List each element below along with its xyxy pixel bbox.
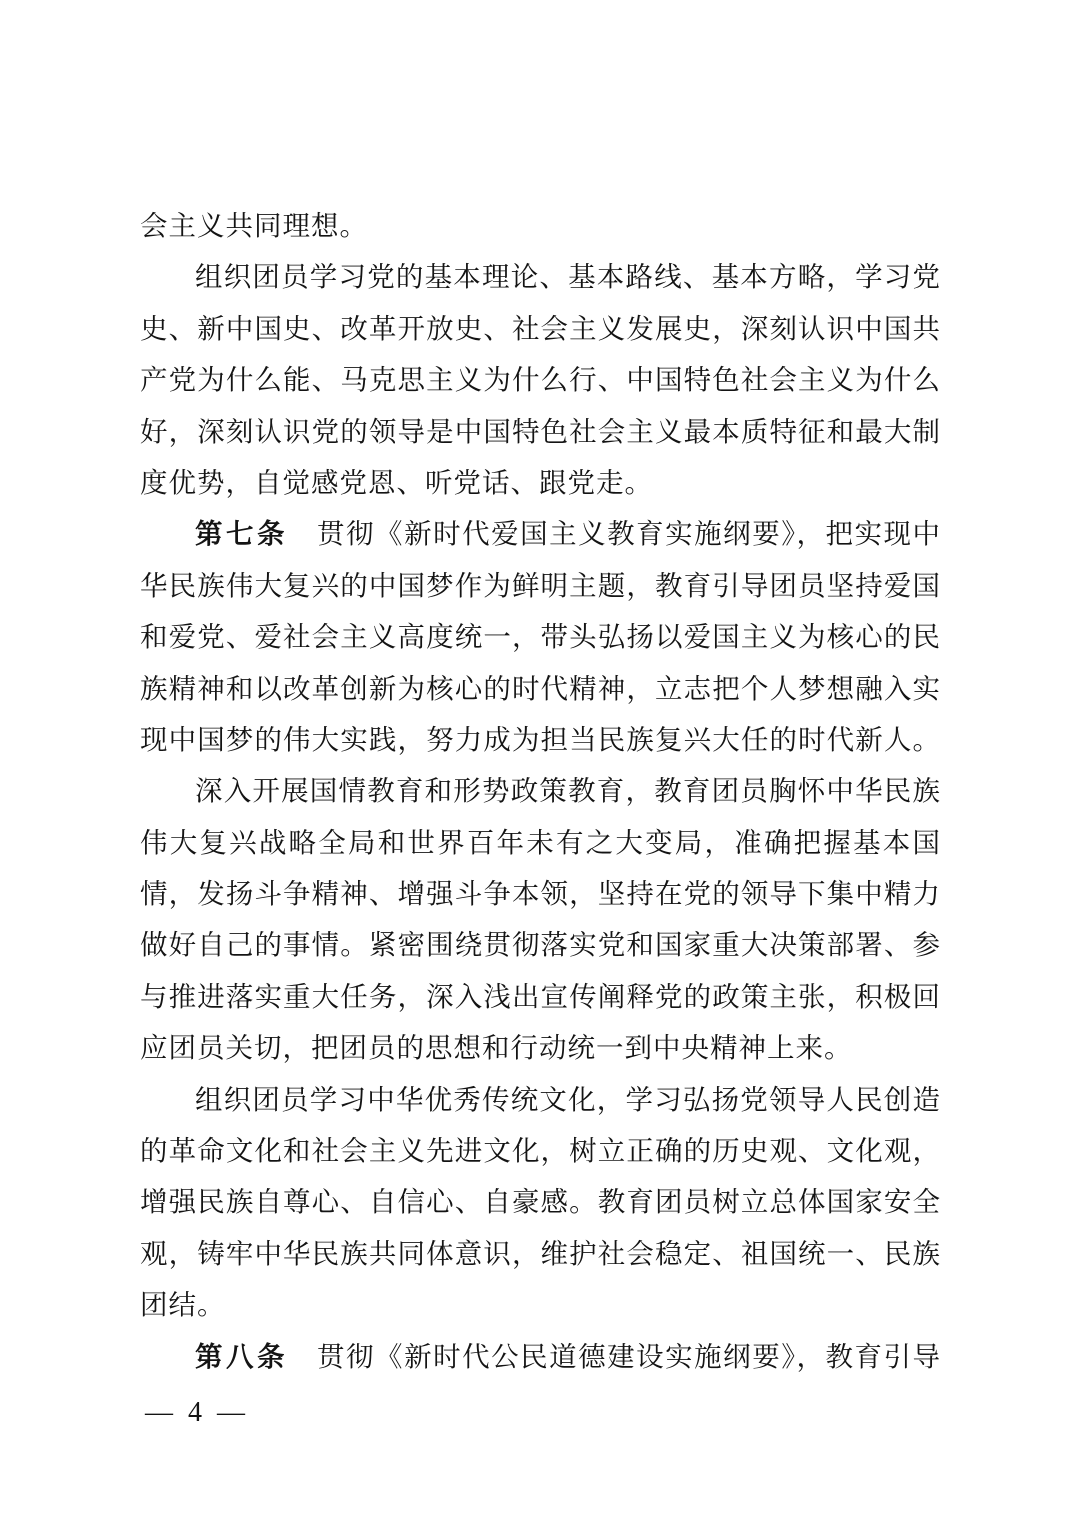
text-line: 深入开展国情教育和形势政策教育，教育团员胸怀中华民族: [140, 765, 940, 816]
text-line: 观，铸牢中华民族共同体意识，维护社会稳定、祖国统一、民族: [140, 1228, 940, 1279]
text-line: 第七条 贯彻《新时代爱国主义教育实施纲要》，把实现中: [140, 508, 940, 559]
article-number: 第八条: [195, 1341, 288, 1372]
text-line: 第八条 贯彻《新时代公民道德建设实施纲要》，教育引导: [140, 1331, 940, 1382]
article-number: 第七条: [195, 518, 288, 549]
text-line: 伟大复兴战略全局和世界百年未有之大变局，准确把握基本国: [140, 817, 940, 868]
text-line: 族精神和以改革创新为核心的时代精神，立志把个人梦想融入实: [140, 663, 940, 714]
text-line: 华民族伟大复兴的中国梦作为鲜明主题，教育引导团员坚持爱国: [140, 560, 940, 611]
text-line: 史、新中国史、改革开放史、社会主义发展史，深刻认识中国共: [140, 303, 940, 354]
text-line: 会主义共同理想。: [140, 200, 940, 251]
page-number: — 4 —: [145, 1396, 249, 1430]
text-line: 度优势，自觉感党恩、听党话、跟党走。: [140, 457, 940, 508]
text-line: 与推进落实重大任务，深入浅出宣传阐释党的政策主张，积极回: [140, 971, 940, 1022]
text-line: 现中国梦的伟大实践，努力成为担当民族复兴大任的时代新人。: [140, 714, 940, 765]
text-line: 应团员关切，把团员的思想和行动统一到中央精神上来。: [140, 1022, 940, 1073]
text-line: 做好自己的事情。紧密围绕贯彻落实党和国家重大决策部署、参: [140, 919, 940, 970]
text-line: 团结。: [140, 1279, 940, 1330]
text-line: 增强民族自尊心、自信心、自豪感。教育团员树立总体国家安全: [140, 1176, 940, 1227]
text-line: 和爱党、爱社会主义高度统一，带头弘扬以爱国主义为核心的民: [140, 611, 940, 662]
text-line: 的革命文化和社会主义先进文化，树立正确的历史观、文化观，: [140, 1125, 940, 1176]
text-line: 产党为什么能、马克思主义为什么行、中国特色社会主义为什么: [140, 354, 940, 405]
text-line: 情，发扬斗争精神、增强斗争本领，坚持在党的领导下集中精力: [140, 868, 940, 919]
document-page: 会主义共同理想。组织团员学习党的基本理论、基本路线、基本方略，学习党史、新中国史…: [0, 0, 1080, 1528]
text-line: 组织团员学习中华优秀传统文化，学习弘扬党领导人民创造: [140, 1074, 940, 1125]
text-line: 好，深刻认识党的领导是中国特色社会主义最本质特征和最大制: [140, 406, 940, 457]
document-body: 会主义共同理想。组织团员学习党的基本理论、基本路线、基本方略，学习党史、新中国史…: [140, 200, 940, 1382]
text-line: 组织团员学习党的基本理论、基本路线、基本方略，学习党: [140, 251, 940, 302]
